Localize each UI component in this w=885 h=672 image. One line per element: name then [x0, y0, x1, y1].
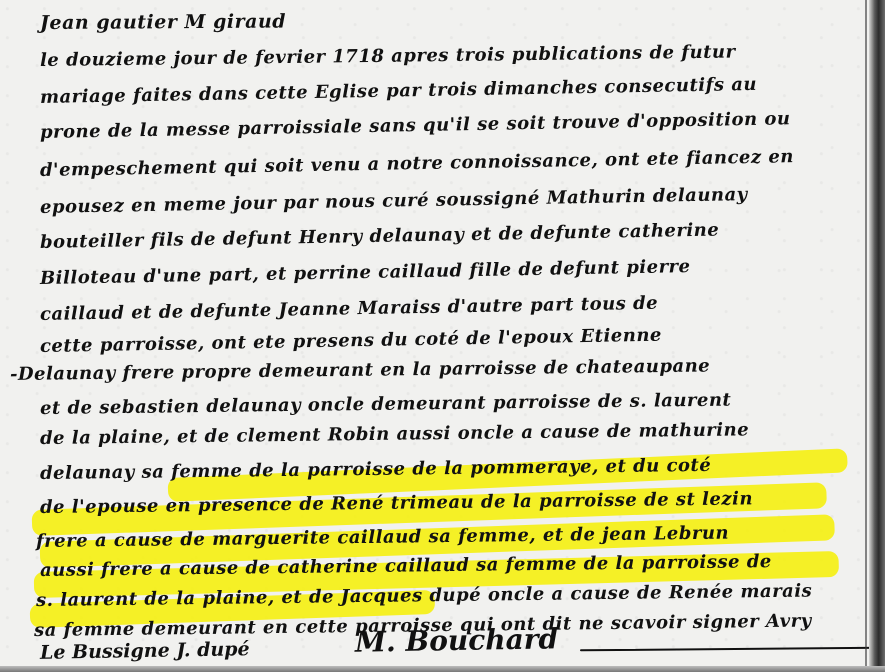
manuscript-line: bouteiller fils de defunt Henry delaunay…: [40, 220, 720, 253]
signature-left: Le Bussigne J. dupé: [40, 638, 250, 664]
manuscript-line: le douzieme jour de fevrier 1718 apres t…: [40, 42, 736, 71]
signature-flourish: [580, 647, 880, 652]
manuscript-line: epousez en meme jour par nous curé souss…: [40, 184, 748, 218]
manuscript-line: caillaud et de defunte Jeanne Maraiss d'…: [40, 293, 658, 325]
manuscript-line: mariage faites dans cette Eglise par tro…: [40, 74, 757, 108]
manuscript-line: prone de la messe parroissiale sans qu'i…: [40, 108, 791, 143]
manuscript-line: Billoteau d'une part, et perrine caillau…: [40, 256, 691, 289]
page-bottom-edge: [0, 666, 885, 672]
manuscript-line: Jean gautier M giraud: [40, 10, 286, 34]
manuscript-line: de la plaine, et de clement Robin aussi …: [40, 419, 749, 449]
signature-right: M. Bouchard: [355, 622, 559, 659]
page-fold-line: [865, 0, 867, 672]
manuscript-line: et de sebastien delaunay oncle demeurant…: [40, 390, 732, 419]
page-binding-edge: [869, 0, 885, 672]
manuscript-line: -Delaunay frere propre demeurant en la p…: [10, 355, 710, 385]
manuscript-line: cette parroisse, ont ete presens du coté…: [40, 325, 662, 357]
manuscript-page: Jean gautier M giraudle douzieme jour de…: [0, 0, 885, 672]
manuscript-line: d'empeschement qui soit venu a notre con…: [40, 146, 794, 181]
